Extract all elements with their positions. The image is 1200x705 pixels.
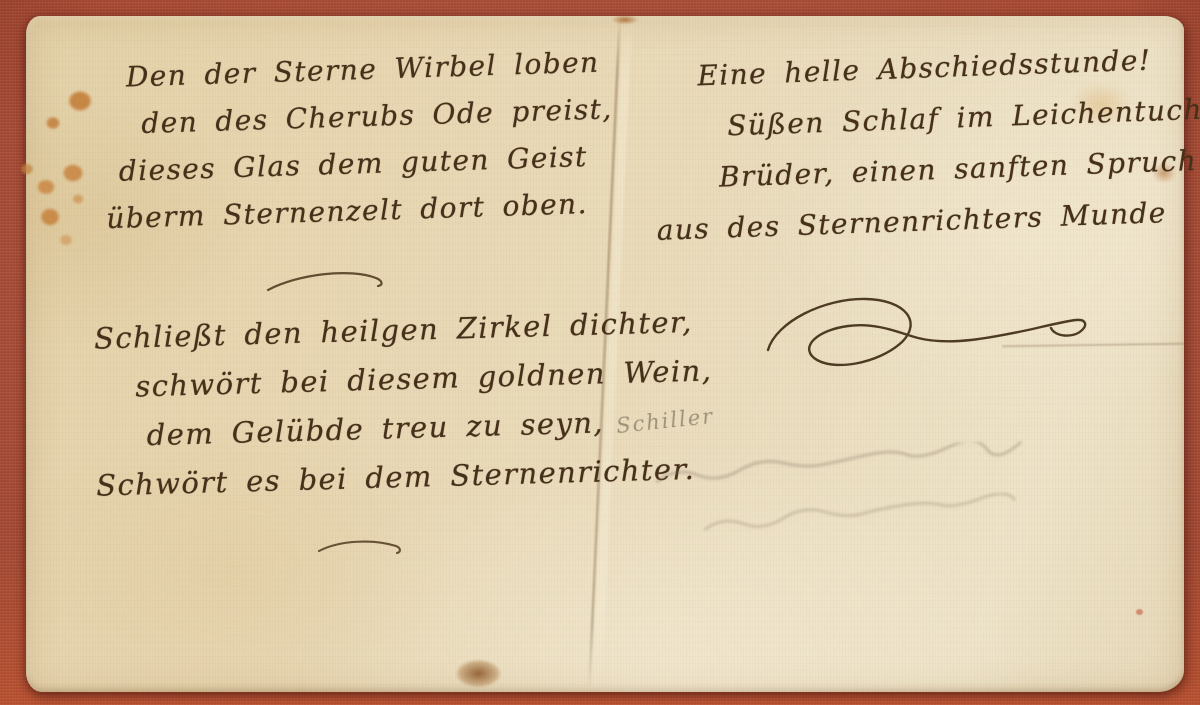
stanza-separator-dash-icon [262,266,388,296]
stanza-separator-dash-icon [314,536,406,560]
stanza-left-bottom: Schließt den heilgen Zirkel dichter, sch… [89,297,715,510]
stanza-left-top: Den der Sterne Wirbel loben den des Cher… [115,38,616,241]
photograph-background-fabric: Den der Sterne Wirbel loben den des Cher… [0,0,1200,705]
top-edge-stain [605,13,645,28]
stanza-right-top: Eine helle Abschiedsstunde! Süßen Schlaf… [657,32,1200,255]
red-speck-stain [1136,609,1143,615]
ink-flourish-paraph-icon [752,292,1092,397]
bottom-edge-stain [448,650,514,692]
